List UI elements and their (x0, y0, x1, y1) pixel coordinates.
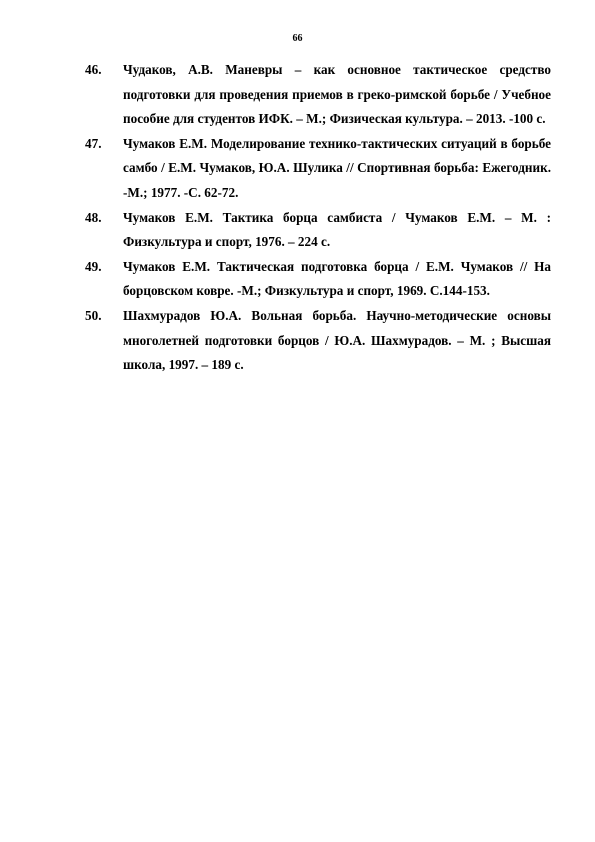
page-number: 66 (0, 33, 595, 44)
reference-number: 46. (85, 58, 123, 132)
reference-number: 47. (85, 132, 123, 206)
reference-text: Шахмурадов Ю.А. Вольная борьба. Научно-м… (123, 304, 551, 378)
reference-item: 50. Шахмурадов Ю.А. Вольная борьба. Науч… (85, 304, 551, 378)
reference-number: 48. (85, 206, 123, 255)
reference-text: Чумаков Е.М. Тактическая подготовка борц… (123, 255, 551, 304)
reference-item: 49. Чумаков Е.М. Тактическая подготовка … (85, 255, 551, 304)
reference-list: 46. Чудаков, А.В. Маневры – как основное… (85, 58, 551, 378)
reference-number: 49. (85, 255, 123, 304)
reference-text: Чумаков Е.М. Моделирование технико-такти… (123, 132, 551, 206)
reference-item: 48. Чумаков Е.М. Тактика борца самбиста … (85, 206, 551, 255)
reference-item: 46. Чудаков, А.В. Маневры – как основное… (85, 58, 551, 132)
reference-text: Чумаков Е.М. Тактика борца самбиста / Чу… (123, 206, 551, 255)
reference-number: 50. (85, 304, 123, 378)
reference-item: 47. Чумаков Е.М. Моделирование технико-т… (85, 132, 551, 206)
reference-text: Чудаков, А.В. Маневры – как основное так… (123, 58, 551, 132)
